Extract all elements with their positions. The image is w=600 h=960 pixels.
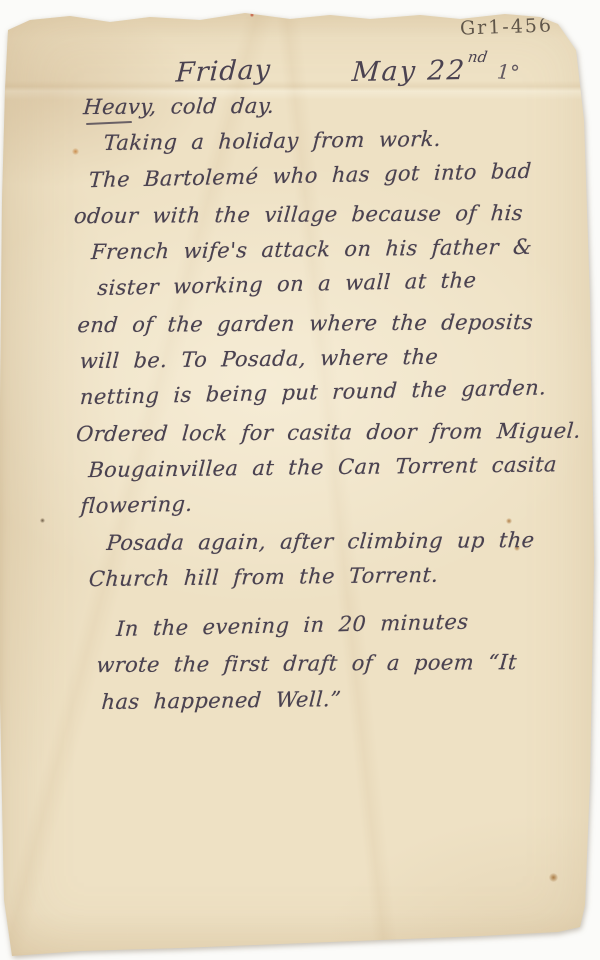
paper-sheet: Gr1-456 Friday May 22 nd 1° Heavy, cold … — [0, 0, 600, 960]
date-ordinal-superscript: nd — [467, 48, 489, 66]
ink-speck — [250, 13, 254, 17]
manuscript-line: wrote the first draft of a poem “It — [95, 644, 600, 684]
foxing-spot — [549, 873, 558, 882]
manuscript-line: In the evening in 20 minutes — [115, 601, 600, 647]
scanned-manuscript-page: { "page": { "description_colors": { "sca… — [0, 0, 600, 960]
manuscript-line: has happened Well.” — [101, 678, 600, 720]
aged-paper-background: Gr1-456 Friday May 22 nd 1° Heavy, cold … — [0, 0, 600, 960]
manuscript-line: Church hill from the Torrent. — [88, 555, 600, 598]
stray-pen-mark: 1° — [496, 59, 520, 85]
weekday-text: Friday — [175, 54, 272, 88]
archive-catalog-label: Gr1-456 — [460, 14, 554, 39]
diary-entry-text: Heavy, cold day. Taking a holiday from w… — [0, 86, 600, 720]
date-text: May 22 — [351, 55, 467, 88]
